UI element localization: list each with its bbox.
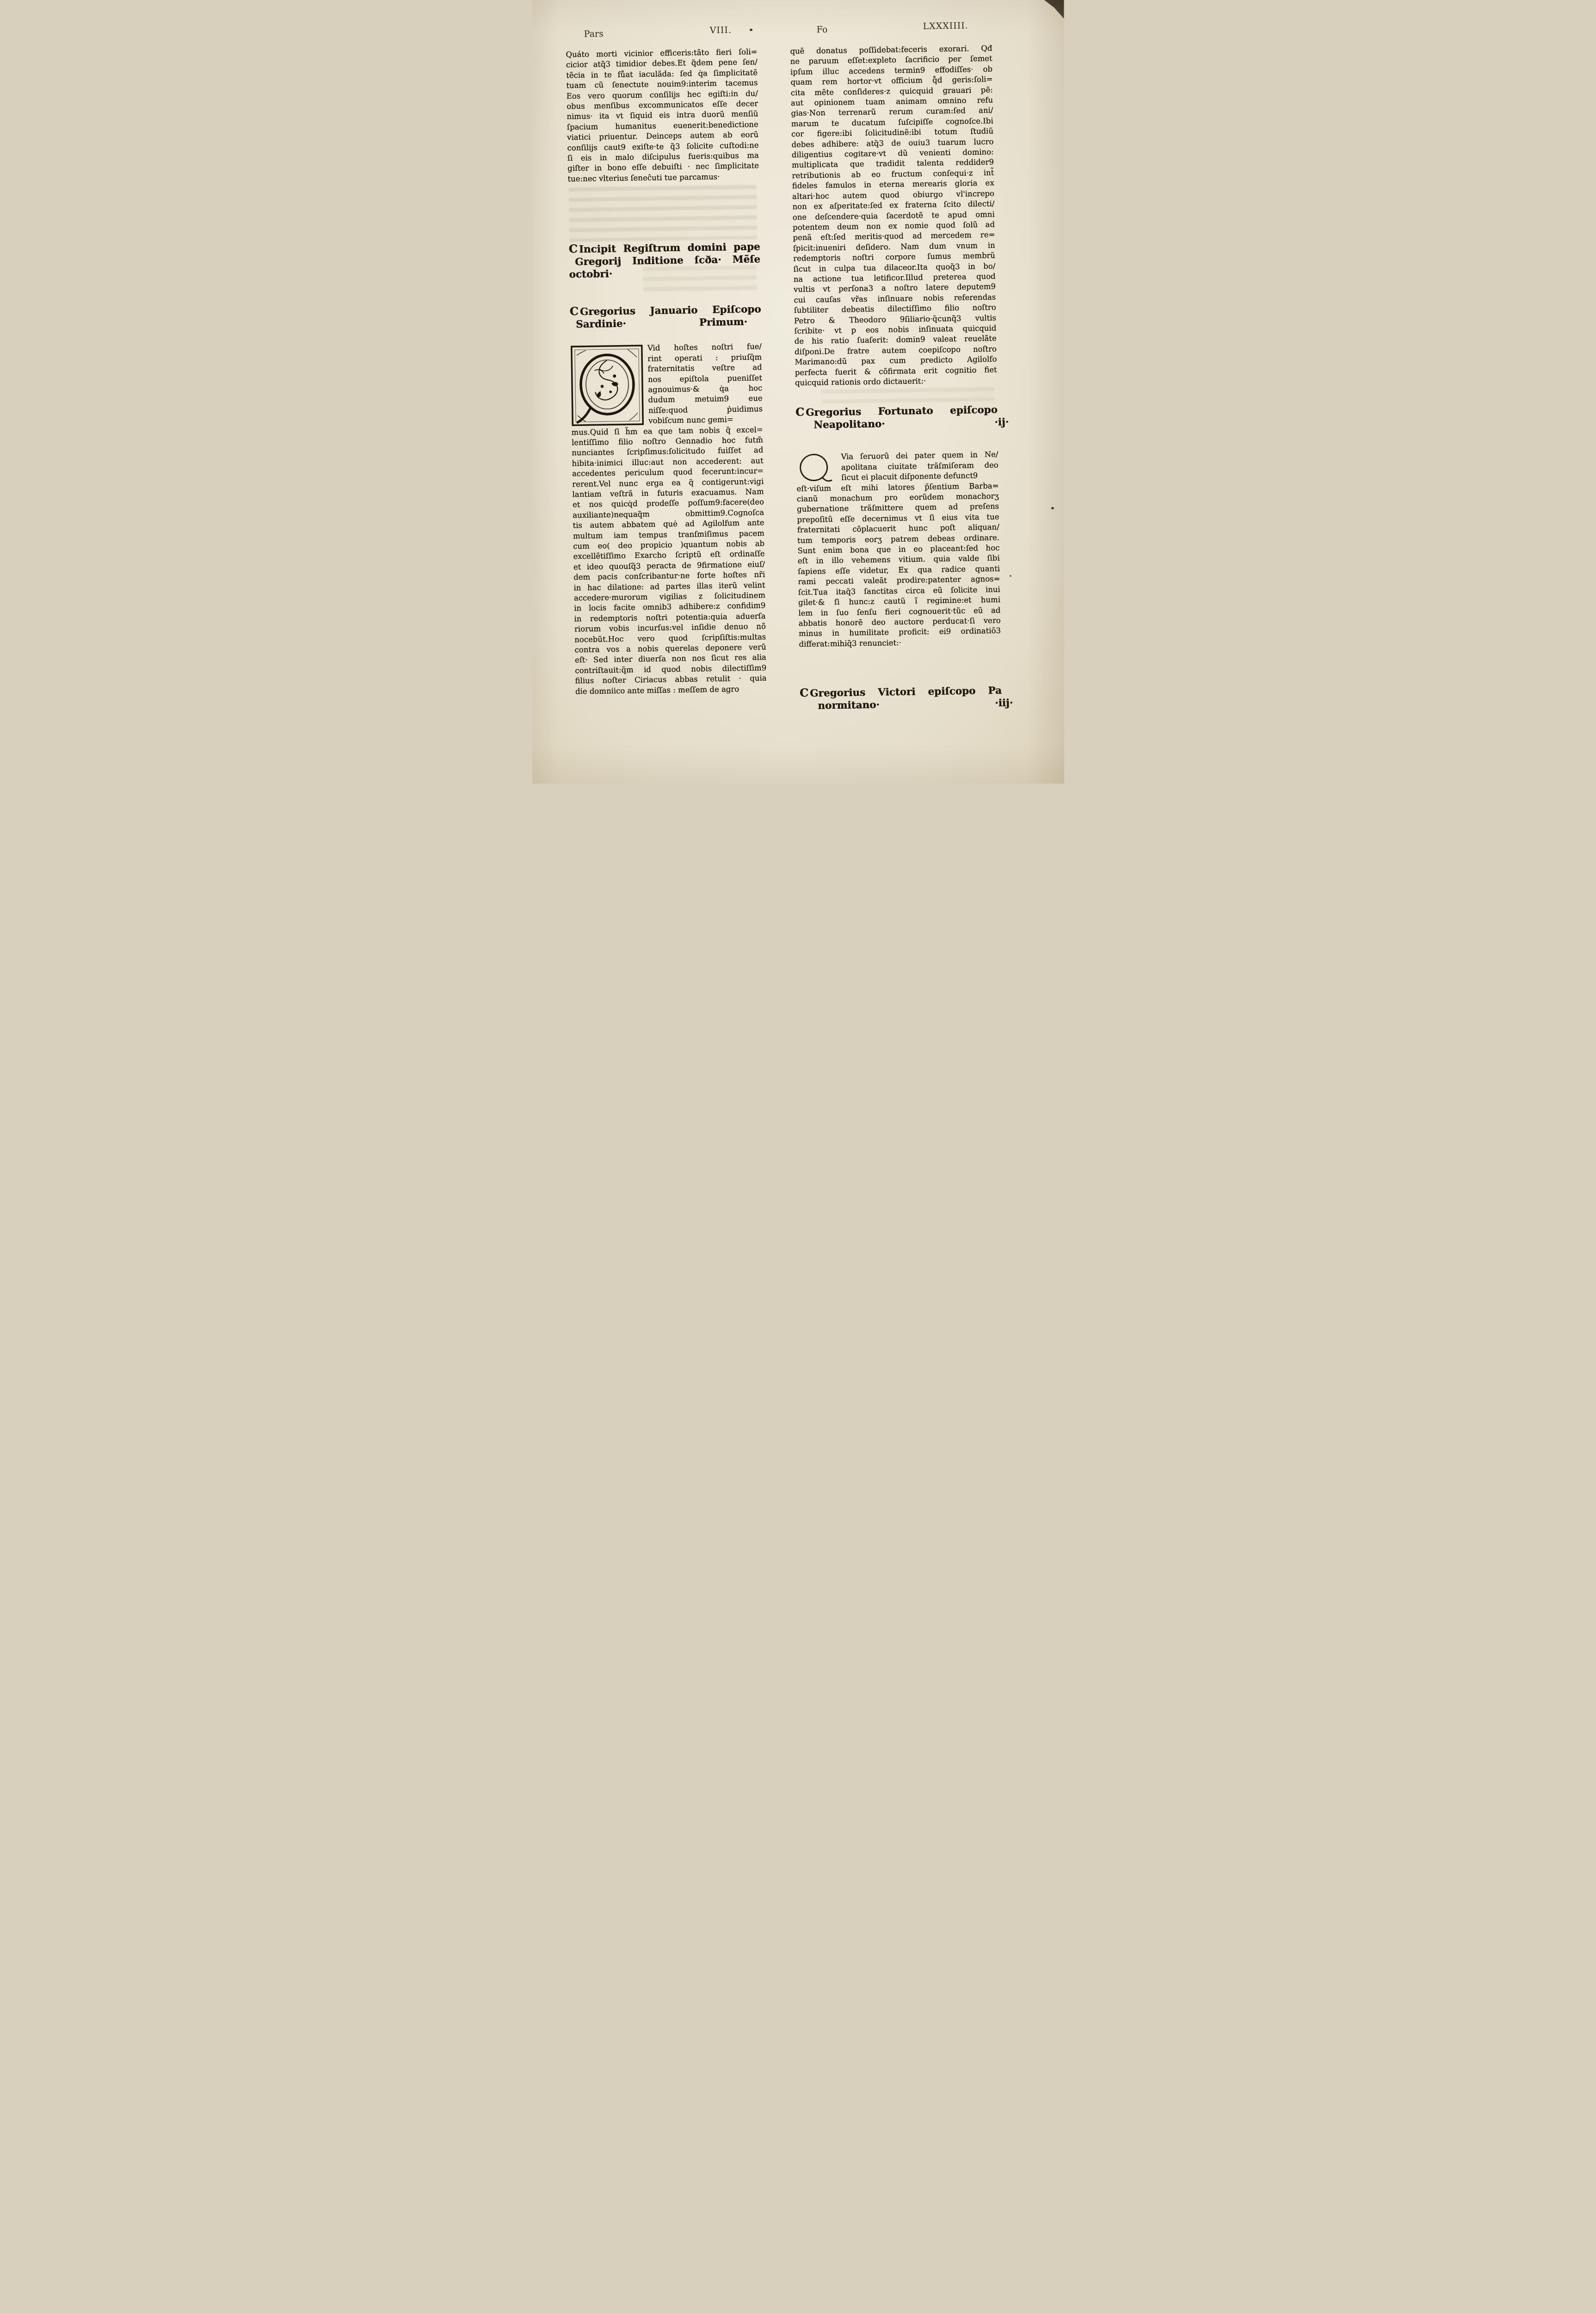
heading-letter-number: Primum·: [699, 316, 747, 329]
heading-addressee: Sardinie·: [569, 318, 626, 331]
letter-continuation-lines: eſt·viſum eſt mihi latores p̃ſentium Bar…: [796, 481, 1001, 649]
heading-addressee: normitano·: [800, 699, 880, 713]
heading-letter-number: ·ij·: [994, 416, 1009, 429]
heading-letter-victori: CGregorius Victori epiſcopo Pa normitano…: [799, 684, 1002, 712]
heading-line: Sardinie· Primum·: [569, 315, 761, 331]
heading-text: Gregorius Victori epiſcopo Pa: [809, 685, 1001, 699]
ink-speck: [1010, 575, 1011, 577]
woodcut-initial-Q-icon: [570, 344, 644, 427]
ink-speck: [1051, 507, 1054, 509]
header-part-label: Pars: [584, 29, 603, 39]
paragraph-excommunication: Quáto morti vicinior efficeris:tãto fier…: [566, 47, 759, 184]
ink-speck: [750, 29, 752, 31]
heading-letter-fortunato: CGregorius Fortunato epiſcopo Neapolitan…: [795, 403, 998, 432]
heading-line: octobri·: [569, 266, 760, 281]
capitulum-mark: C: [568, 242, 578, 255]
printed-area: Pars VIII. Fo LXXXIIII. Quáto morti vici…: [532, 0, 1064, 784]
letter-januario-body: Vid hoſtes noſtri fue/rint operati : pri…: [570, 341, 766, 697]
running-header: Pars VIII. Fo LXXXIIII.: [532, 19, 1060, 41]
capitulum-mark: C: [799, 686, 808, 699]
heading-incipit-registrum: CIncipit Regiſtrum domini pape Gregorij …: [568, 240, 760, 281]
letter-continuation-lines: mus.Quid ſi h̃m ea que tam nobis q̃ exce…: [571, 425, 767, 697]
text-column-right: quẽ donatus poſſidebat:feceris exorari. …: [790, 43, 1002, 712]
capitulum-mark: C: [569, 304, 579, 318]
text-column-left: Quáto morti vicinior efficeris:tãto fier…: [566, 47, 767, 697]
heading-line: normitano· ·iij·: [800, 697, 1002, 712]
incunabulum-page-scan: Pars VIII. Fo LXXXIIII. Quáto morti vici…: [532, 0, 1064, 784]
heading-line: Neapolitano· ·ij·: [795, 416, 998, 432]
letter-fortunato-body: Via ſeruorũ dei pater quem in Ne/apolita…: [796, 450, 1001, 649]
heading-addressee: Neapolitano·: [795, 418, 885, 432]
letter-januario-conclusion: quẽ donatus poſſidebat:feceris exorari. …: [790, 43, 997, 389]
heading-letter-number: ·iij·: [994, 697, 1012, 710]
heading-letter-januario: CGregorius Januario Epiſcopo Sardinie· P…: [569, 302, 761, 331]
header-folio-label: Fo: [816, 25, 827, 35]
capitulum-mark: C: [795, 405, 804, 419]
header-folio-number: LXXXIIII.: [923, 20, 968, 31]
header-part-number: VIII.: [709, 25, 732, 36]
heading-text: Gregorius Fortunato epiſcopo: [805, 404, 997, 419]
plain-initial-Q-icon: [796, 453, 837, 483]
